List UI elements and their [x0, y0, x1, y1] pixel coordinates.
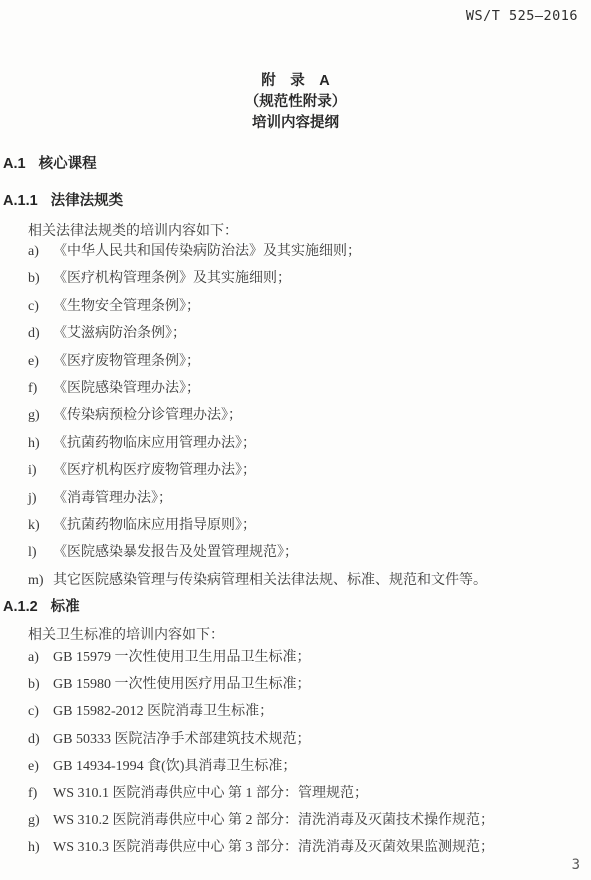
document-page: WS/T 525—2016 附 录 A （规范性附录） 培训内容提纲 A.1核心…: [0, 0, 591, 880]
item-text: WS 310.1 医院消毒供应中心 第 1 部分：管理规范；: [53, 786, 368, 801]
standard-code-header: WS/T 525—2016: [466, 8, 578, 24]
item-label: a): [28, 238, 53, 265]
section-a11-list: a)《中华人民共和国传染病防治法》及其实施细则； b)《医疗机构管理条例》及其实…: [28, 238, 584, 594]
list-item: e)《医疗废物管理条例》；: [28, 348, 584, 375]
list-item: k)《抗菌药物临床应用指导原则》；: [28, 512, 584, 539]
section-a11-intro: 相关法律法规类的培训内容如下：: [28, 220, 238, 240]
list-item: e)GB 14934-1994 食(饮)具消毒卫生标准；: [28, 753, 584, 780]
list-item: h)WS 310.3 医院消毒供应中心 第 3 部分：清洗消毒及灭菌效果监测规范…: [28, 834, 584, 861]
item-text: GB 15979 一次性使用卫生用品卫生标准；: [53, 650, 310, 665]
section-heading-a1: A.1核心课程: [3, 152, 97, 173]
list-item: j)《消毒管理办法》；: [28, 485, 584, 512]
list-item: a)GB 15979 一次性使用卫生用品卫生标准；: [28, 644, 584, 671]
item-label: i): [28, 457, 53, 484]
item-label: g): [28, 807, 53, 834]
item-label: g): [28, 402, 53, 429]
item-text: 《医院感染暴发报告及处置管理规范》；: [53, 545, 298, 560]
item-label: h): [28, 834, 53, 861]
section-number: A.1.2: [3, 599, 38, 615]
section-title: 标准: [51, 599, 80, 615]
page-number: 3: [572, 857, 580, 873]
list-item: c)GB 15982-2012 医院消毒卫生标准；: [28, 698, 584, 725]
section-number: A.1: [3, 156, 26, 172]
appendix-title-line2: （规范性附录）: [0, 92, 591, 113]
item-label: c): [28, 698, 53, 725]
item-label: j): [28, 485, 53, 512]
list-item: h)《抗菌药物临床应用管理办法》；: [28, 430, 584, 457]
section-a12-list: a)GB 15979 一次性使用卫生用品卫生标准； b)GB 15980 一次性…: [28, 644, 584, 862]
list-item: g)WS 310.2 医院消毒供应中心 第 2 部分：清洗消毒及灭菌技术操作规范…: [28, 807, 584, 834]
list-item: d)GB 50333 医院洁净手术部建筑技术规范；: [28, 726, 584, 753]
item-text: 《医院感染管理办法》；: [53, 381, 200, 396]
item-label: d): [28, 726, 53, 753]
item-label: k): [28, 512, 53, 539]
list-item: f)《医院感染管理办法》；: [28, 375, 584, 402]
item-text: 《医疗机构管理条例》及其实施细则；: [53, 271, 291, 286]
item-text: 《医疗废物管理条例》；: [53, 354, 200, 369]
item-text: 《艾滋病防治条例》；: [53, 326, 186, 341]
list-item: b)《医疗机构管理条例》及其实施细则；: [28, 265, 584, 292]
item-text: 其它医院感染管理与传染病管理相关法律法规、标准、规范和文件等。: [53, 573, 487, 588]
list-item: d)《艾滋病防治条例》；: [28, 320, 584, 347]
list-item: a)《中华人民共和国传染病防治法》及其实施细则；: [28, 238, 584, 265]
item-text: 《生物安全管理条例》；: [53, 299, 200, 314]
appendix-title-line3: 培训内容提纲: [0, 113, 591, 134]
item-text: GB 14934-1994 食(饮)具消毒卫生标准；: [53, 759, 296, 774]
item-label: h): [28, 430, 53, 457]
appendix-title-line1: 附 录 A: [0, 71, 591, 92]
section-title: 法律法规类: [51, 193, 124, 209]
list-item: i)《医疗机构医疗废物管理办法》；: [28, 457, 584, 484]
item-text: 《传染病预检分诊管理办法》；: [53, 408, 242, 423]
list-item: c)《生物安全管理条例》；: [28, 293, 584, 320]
item-text: 《消毒管理办法》；: [53, 491, 172, 506]
item-label: e): [28, 348, 53, 375]
item-text: GB 15982-2012 医院消毒卫生标准；: [53, 704, 273, 719]
item-text: 《抗菌药物临床应用指导原则》；: [53, 518, 256, 533]
appendix-title-block: 附 录 A （规范性附录） 培训内容提纲: [0, 71, 591, 134]
item-label: c): [28, 293, 53, 320]
item-text: 《抗菌药物临床应用管理办法》；: [53, 436, 256, 451]
list-item: g)《传染病预检分诊管理办法》；: [28, 402, 584, 429]
item-text: WS 310.3 医院消毒供应中心 第 3 部分：清洗消毒及灭菌效果监测规范；: [53, 840, 494, 855]
item-label: b): [28, 671, 53, 698]
item-label: f): [28, 780, 53, 807]
list-item: b)GB 15980 一次性使用医疗用品卫生标准；: [28, 671, 584, 698]
list-item: m)其它医院感染管理与传染病管理相关法律法规、标准、规范和文件等。: [28, 567, 584, 594]
section-heading-a11: A.1.1法律法规类: [3, 189, 123, 210]
section-number: A.1.1: [3, 193, 38, 209]
item-label: e): [28, 753, 53, 780]
list-item: f)WS 310.1 医院消毒供应中心 第 1 部分：管理规范；: [28, 780, 584, 807]
item-text: WS 310.2 医院消毒供应中心 第 2 部分：清洗消毒及灭菌技术操作规范；: [53, 813, 494, 828]
item-text: GB 50333 医院洁净手术部建筑技术规范；: [53, 732, 310, 747]
section-heading-a12: A.1.2标准: [3, 595, 80, 616]
item-label: b): [28, 265, 53, 292]
item-label: a): [28, 644, 53, 671]
item-label: f): [28, 375, 53, 402]
list-item: l)《医院感染暴发报告及处置管理规范》；: [28, 539, 584, 566]
section-a12-intro: 相关卫生标准的培训内容如下：: [28, 624, 224, 644]
item-label: m): [28, 567, 53, 594]
item-label: l): [28, 539, 53, 566]
item-label: d): [28, 320, 53, 347]
section-title: 核心课程: [39, 156, 97, 172]
item-text: GB 15980 一次性使用医疗用品卫生标准；: [53, 677, 310, 692]
item-text: 《中华人民共和国传染病防治法》及其实施细则；: [53, 244, 361, 259]
item-text: 《医疗机构医疗废物管理办法》；: [53, 463, 256, 478]
